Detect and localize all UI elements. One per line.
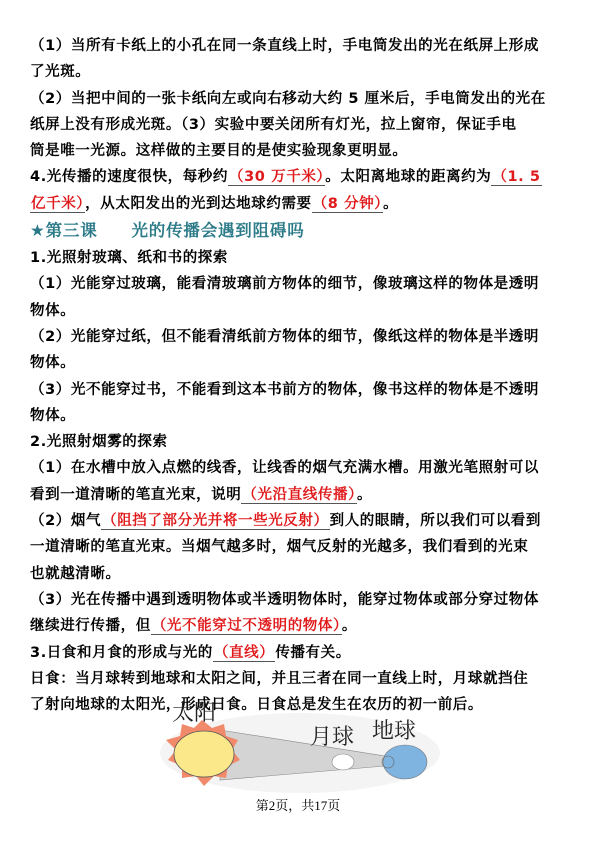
- text-segment: 继续进行传播，但: [30, 618, 151, 634]
- text-line: 物体。: [30, 403, 570, 429]
- text-line: 看到一道清晰的笔直光束，说明（光沿直线传播）。: [30, 482, 570, 508]
- answer-blank: （1. 5: [491, 169, 541, 186]
- text-segment: 传播有关。: [275, 645, 351, 661]
- solar-eclipse-diagram: 太阳 月球 地球: [160, 698, 450, 798]
- text-line: （2）当把中间的一张卡纸向左或向右移动大约 5 厘米后，手电筒发出的光在: [30, 86, 570, 112]
- text-segment: 日食：当月球转到地球和太阳之间，并且三者在同一直线上时，月球就挡住: [30, 671, 528, 687]
- text-segment: 到人的眼睛，所以我们可以看到: [330, 513, 541, 529]
- text-line: （2）烟气（阻挡了部分光并将一些光反射）到人的眼睛，所以我们可以看到: [30, 508, 570, 534]
- text-block-experiment: （1）当所有卡纸上的小孔在同一条直线上时，手电筒发出的光在纸屏上形成了光斑。（2…: [30, 33, 570, 217]
- text-segment: （2）烟气: [30, 513, 101, 529]
- answer-blank: （直线）: [213, 645, 275, 662]
- text-block-lesson3: 1.光照射玻璃、纸和书的探索（1）光能穿过玻璃，能看清玻璃前方物体的细节，像玻璃…: [30, 245, 570, 718]
- text-segment: 。: [383, 196, 398, 212]
- text-line: 3.日食和月食的形成与光的（直线）传播有关。: [30, 640, 570, 666]
- answer-blank: （8 分钟）: [312, 196, 384, 213]
- text-segment: 1.光照射玻璃、纸和书的探索: [30, 250, 228, 266]
- text-line: 1.光照射玻璃、纸和书的探索: [30, 245, 570, 271]
- text-segment: 4.光传播的速度很快，每秒约: [30, 169, 228, 185]
- document-page: （1）当所有卡纸上的小孔在同一条直线上时，手电筒发出的光在纸屏上形成了光斑。（2…: [30, 33, 570, 718]
- text-line: 纸屏上没有形成光斑。（3）实验中要关闭所有灯光，拉上窗帘，保证手电: [30, 112, 570, 138]
- text-segment: 2.光照射烟雾的探索: [30, 434, 168, 450]
- text-segment: 。: [357, 487, 372, 503]
- text-segment: 物体。: [30, 303, 75, 319]
- text-line: 筒是唯一光源。这样做的主要目的是使实验现象更明显。: [30, 138, 570, 164]
- text-line: （1）当所有卡纸上的小孔在同一条直线上时，手电筒发出的光在纸屏上形成: [30, 33, 570, 59]
- text-line: 日食：当月球转到地球和太阳之间，并且三者在同一直线上时，月球就挡住: [30, 666, 570, 692]
- text-segment: （1）当所有卡纸上的小孔在同一条直线上时，手电筒发出的光在纸屏上形成: [30, 38, 539, 54]
- star-icon: ★: [30, 221, 46, 240]
- text-segment: 一道清晰的笔直光束。当烟气越多时，烟气反射的光越多，我们看到的光束: [30, 539, 528, 555]
- text-line: 也就越清晰。: [30, 561, 570, 587]
- text-line: 2.光照射烟雾的探索: [30, 429, 570, 455]
- text-line: （2）光能穿过纸，但不能看清纸前方物体的细节，像纸这样的物体是半透明: [30, 324, 570, 350]
- sun-icon: [174, 731, 234, 777]
- text-line: （3）光在传播中遇到透明物体或半透明物体时，能穿过物体或部分穿过物体: [30, 587, 570, 613]
- text-segment: ，从太阳发出的光到达地球约需要: [85, 196, 312, 212]
- page-footer: 第2页，共17页: [0, 795, 596, 814]
- text-line: 亿千米），从太阳发出的光到达地球约需要（8 分钟）。: [30, 191, 570, 217]
- text-segment: 物体。: [30, 408, 75, 424]
- text-segment: 。: [342, 618, 357, 634]
- text-line: 物体。: [30, 350, 570, 376]
- moon-icon: [332, 754, 354, 770]
- text-segment: 了光斑。: [30, 64, 90, 80]
- text-line: 继续进行传播，但（光不能穿过不透明的物体）。: [30, 613, 570, 639]
- text-segment: 筒是唯一光源。这样做的主要目的是使实验现象更明显。: [30, 143, 408, 159]
- text-segment: （3）光不能穿过书，不能看到这本书前方的物体，像书这样的物体是不透明: [30, 382, 539, 398]
- text-segment: （1）光能穿过玻璃，能看清玻璃前方物体的细节，像玻璃这样的物体是透明: [30, 276, 539, 292]
- earth-icon: [383, 745, 427, 779]
- text-segment: 。太阳离地球的距离约为: [325, 169, 491, 185]
- answer-blank: （30 万千米）: [228, 169, 325, 186]
- text-segment: （3）光在传播中遇到透明物体或半透明物体时，能穿过物体或部分穿过物体: [30, 592, 539, 608]
- lesson-number: 第三课: [46, 221, 98, 240]
- lesson-title: 光的传播会遇到阻碍吗: [132, 221, 305, 240]
- text-segment: 也就越清晰。: [30, 566, 121, 582]
- text-segment: （1）在水槽中放入点燃的线香，让线香的烟气充满水槽。用激光笔照射可以: [30, 460, 539, 476]
- text-line: 了光斑。: [30, 59, 570, 85]
- text-line: 一道清晰的笔直光束。当烟气越多时，烟气反射的光越多，我们看到的光束: [30, 534, 570, 560]
- text-segment: （2）光能穿过纸，但不能看清纸前方物体的细节，像纸这样的物体是半透明: [30, 329, 539, 345]
- text-line: （1）在水槽中放入点燃的线香，让线香的烟气充满水槽。用激光笔照射可以: [30, 455, 570, 481]
- text-line: 物体。: [30, 298, 570, 324]
- answer-blank: 亿千米）: [30, 196, 85, 213]
- text-line: （1）光能穿过玻璃，能看清玻璃前方物体的细节，像玻璃这样的物体是透明: [30, 271, 570, 297]
- text-segment: （2）当把中间的一张卡纸向左或向右移动大约 5 厘米后，手电筒发出的光在: [30, 91, 546, 107]
- text-line: 4.光传播的速度很快，每秒约（30 万千米）。太阳离地球的距离约为（1. 5: [30, 164, 570, 190]
- answer-blank: （光沿直线传播）: [241, 487, 357, 504]
- text-line: （3）光不能穿过书，不能看到这本书前方的物体，像书这样的物体是不透明: [30, 377, 570, 403]
- answer-blank: （光不能穿过不透明的物体）: [151, 618, 342, 635]
- lesson-heading: ★第三课光的传播会遇到阻碍吗: [30, 217, 570, 245]
- earth-label: 地球: [372, 719, 416, 744]
- answer-blank: （阻挡了部分光并将一些光反射）: [101, 513, 330, 530]
- text-segment: 物体。: [30, 355, 75, 371]
- text-segment: 纸屏上没有形成光斑。（3）实验中要关闭所有灯光，拉上窗帘，保证手电: [30, 117, 517, 133]
- sun-label: 太阳: [172, 701, 216, 726]
- text-segment: 看到一道清晰的笔直光束，说明: [30, 487, 241, 503]
- text-segment: 3.日食和月食的形成与光的: [30, 645, 213, 661]
- moon-label: 月球: [310, 725, 354, 750]
